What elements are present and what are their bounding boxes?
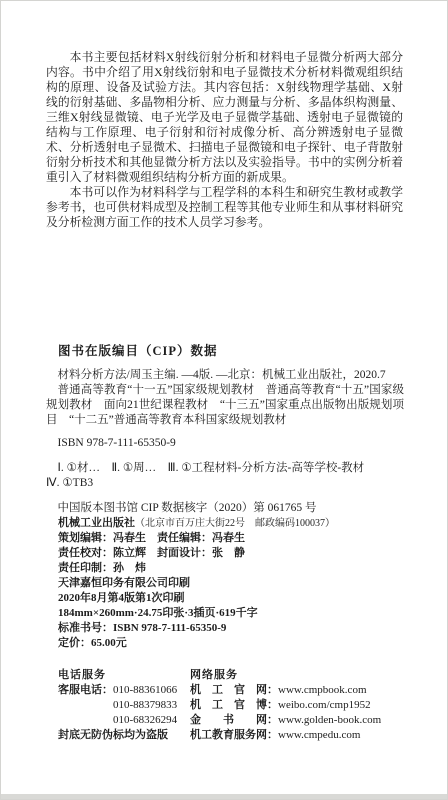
summary-paragraph-2: 本书可以作为材料科学与工程学科的本科生和研究生教材或教学参考书，也可供材料成型及… (46, 185, 403, 230)
phone-number-2: 010-88379833 (58, 698, 190, 713)
editors-line: 策划编辑：冯春生 责任编辑：冯春生 (58, 531, 408, 546)
network-url-4: www.cmpedu.com (278, 729, 360, 741)
cip-header: 图书在版编目（CIP）数据 (58, 344, 404, 359)
network-url-2: weibo.com/cmp1952 (278, 699, 371, 711)
cip-classification-line1: Ⅰ. ①材… Ⅱ. ①周… Ⅲ. ①工程材料-分析方法-高等学校-教材 (46, 461, 404, 476)
services-section: 电话服务 客服电话：010-88361066 010-88379833 010-… (58, 668, 408, 743)
phone-number-1: 010-88361066 (113, 684, 177, 696)
network-label-1: 机 工 官 网： (190, 684, 278, 696)
network-line-1: 机 工 官 网：www.cmpbook.com (190, 683, 408, 698)
cip-title-entry: 材料分析方法/周玉主编. —4版. —北京：机械工业出版社，2020.7 (46, 368, 404, 383)
proofread-design-line: 责任校对：陈立辉 封面设计：张 静 (58, 546, 408, 561)
summary-paragraph-1: 本书主要包括材料X射线衍射分析和材料电子显微分析两大部分内容。书中介绍了用X射线… (46, 50, 403, 185)
phone-service-header: 电话服务 (58, 668, 190, 683)
network-url-3: www.golden-book.com (278, 714, 381, 726)
network-line-4: 机工教育服务网：www.cmpedu.com (190, 728, 408, 743)
network-url-1: www.cmpbook.com (278, 684, 367, 696)
colophon: 机械工业出版社（北京市百万庄大街22号 邮政编码100037） 策划编辑：冯春生… (58, 516, 408, 651)
network-service-header: 网络服务 (190, 668, 408, 683)
phone-service-column: 电话服务 客服电话：010-88361066 010-88379833 010-… (58, 668, 190, 743)
publisher-line: 机械工业出版社（北京市百万庄大街22号 邮政编码100037） (58, 516, 408, 531)
printer-line: 天津嘉恒印务有限公司印刷 (58, 576, 408, 591)
phone-service-label: 客服电话： (58, 684, 113, 696)
network-label-4: 机工教育服务网： (190, 729, 278, 741)
cip-isbn: ISBN 978-7-111-65350-9 (46, 436, 404, 451)
standard-isbn-line: 标准书号：ISBN 978-7-111-65350-9 (58, 621, 408, 636)
format-line: 184mm×260mm·24.75印张·3插页·619千字 (58, 606, 408, 621)
print-supervisor-line: 责任印制：孙 炜 (58, 561, 408, 576)
network-label-3: 金 书 网： (190, 714, 278, 726)
network-label-2: 机 工 官 博： (190, 699, 278, 711)
publisher-name: 机械工业出版社 (58, 517, 135, 529)
network-service-column: 网络服务 机 工 官 网：www.cmpbook.com 机 工 官 博：wei… (190, 668, 408, 743)
price-line: 定价：65.00元 (58, 636, 408, 651)
anti-piracy-note: 封底无防伪标均为盗版 (58, 728, 190, 743)
cip-classification-line2: Ⅳ. ①TB3 (46, 476, 404, 491)
edition-line: 2020年8月第4版第1次印刷 (58, 591, 408, 606)
book-summary: 本书主要包括材料X射线衍射分析和材料电子显微分析两大部分内容。书中介绍了用X射线… (46, 50, 403, 230)
cip-section: 图书在版编目（CIP）数据 材料分析方法/周玉主编. —4版. —北京：机械工业… (46, 344, 404, 516)
phone-number-3: 010-68326294 (58, 713, 190, 728)
cip-record-number: 中国版本图书馆 CIP 数据核字（2020）第 061765 号 (46, 501, 404, 516)
publisher-address: （北京市百万庄大街22号 邮政编码100037） (135, 518, 335, 529)
phone-line-1: 客服电话：010-88361066 (58, 683, 190, 698)
network-line-2: 机 工 官 博：weibo.com/cmp1952 (190, 698, 408, 713)
cip-series-entry: 普通高等教育“十一五”国家级规划教材 普通高等教育“十五”国家级规划教材 面向2… (46, 383, 404, 428)
network-line-3: 金 书 网：www.golden-book.com (190, 713, 408, 728)
copyright-page: 本书主要包括材料X射线衍射分析和材料电子显微分析两大部分内容。书中介绍了用X射线… (0, 0, 448, 800)
